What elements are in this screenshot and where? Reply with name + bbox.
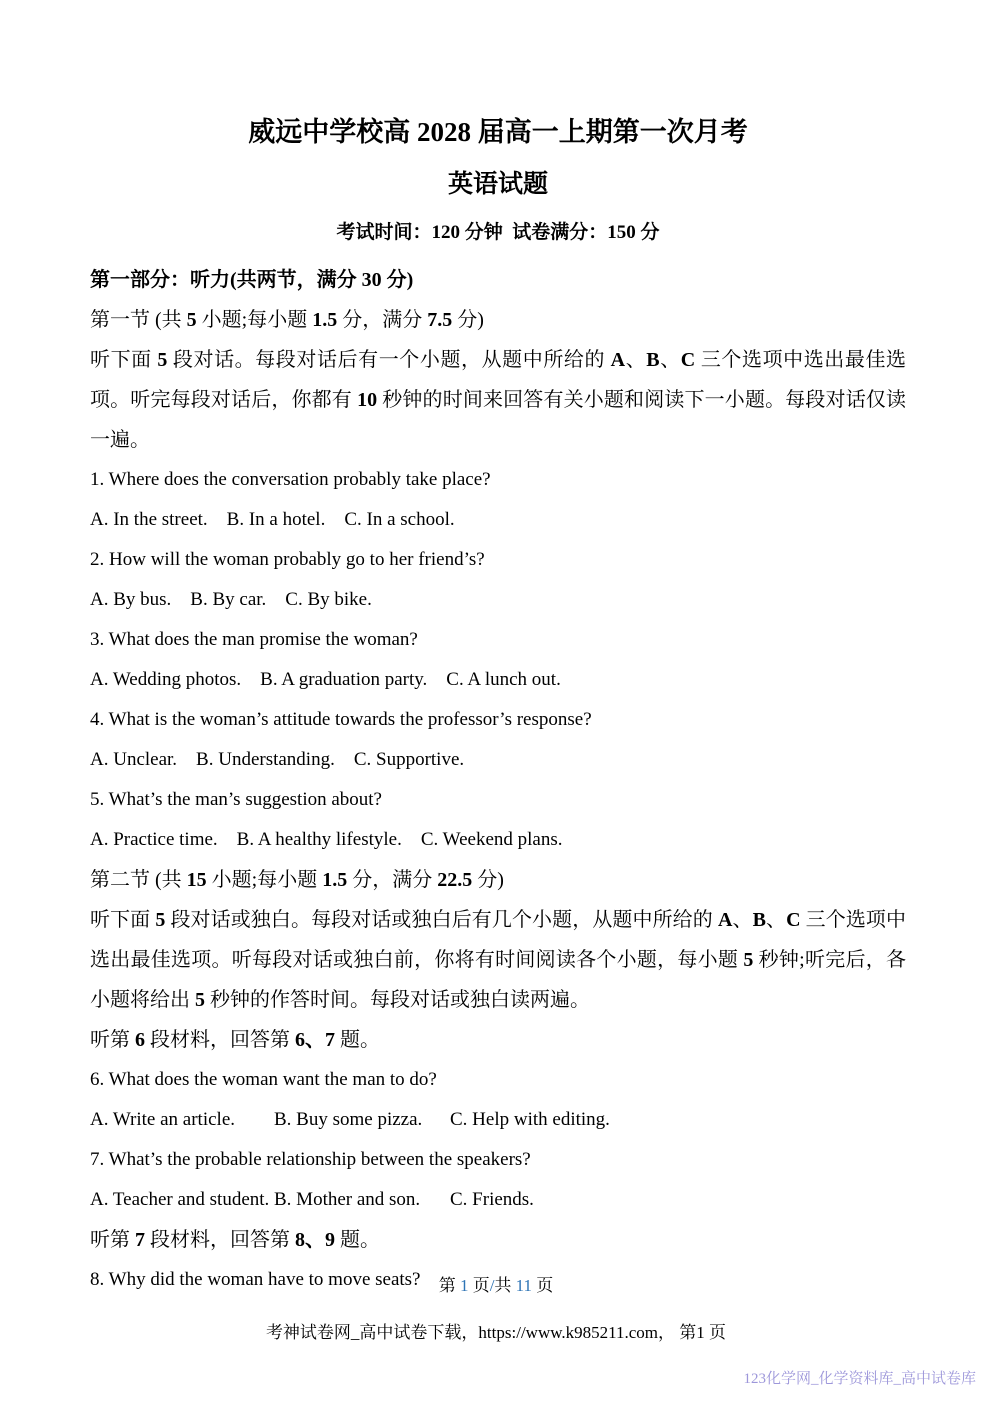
question-7-option-c: C. Friends. [450, 1180, 906, 1220]
question-6-option-b: B. Buy some pizza. [274, 1100, 450, 1140]
exam-title: 威远中学校高 2028 届高一上期第一次月考 [90, 110, 906, 154]
question-3-text: 3. What does the man promise the woman? [90, 620, 906, 660]
section1-instructions: 听下面 5 段对话。每段对话后有一个小题，从题中所给的 A、B、C 三个选项中选… [90, 340, 906, 460]
question-1-options: A. In the street. B. In a hotel. C. In a… [90, 500, 906, 540]
question-7-text: 7. What’s the probable relationship betw… [90, 1140, 906, 1180]
question-7-option-b: B. Mother and son. [274, 1180, 450, 1220]
question-6-options: A. Write an article. B. Buy some pizza. … [90, 1100, 906, 1140]
question-1-text: 1. Where does the conversation probably … [90, 460, 906, 500]
section2-instructions: 听下面 5 段对话或独白。每段对话或独白后有几个小题，从题中所给的 A、B、C … [90, 900, 906, 1020]
material-7-line: 听第 7 段材料，回答第 8、9 题。 [90, 1220, 906, 1260]
question-5-options: A. Practice time. B. A healthy lifestyle… [90, 820, 906, 860]
section2-heading: 第二节 (共 15 小题;每小题 1.5 分，满分 22.5 分) [90, 860, 906, 900]
page-indicator: 第 1 页/共 11 页 [0, 1272, 992, 1300]
exam-info: 考试时间：120 分钟 试卷满分：150 分 [90, 218, 906, 248]
question-4-options: A. Unclear. B. Understanding. C. Support… [90, 740, 906, 780]
footer-source-line: 考神试卷网_高中试卷下载，https://www.k985211.com， 第1… [0, 1320, 992, 1346]
section1-heading: 第一节 (共 5 小题;每小题 1.5 分，满分 7.5 分) [90, 300, 906, 340]
question-3-options: A. Wedding photos. B. A graduation party… [90, 660, 906, 700]
question-4-text: 4. What is the woman’s attitude towards … [90, 700, 906, 740]
exam-page: 威远中学校高 2028 届高一上期第一次月考 英语试题 考试时间：120 分钟 … [0, 0, 992, 1404]
question-6-option-a: A. Write an article. [90, 1100, 274, 1140]
material-6-line: 听第 6 段材料，回答第 6、7 题。 [90, 1020, 906, 1060]
watermark: 123化学网_化学资料库_高中试卷库 [743, 1368, 976, 1390]
question-6-text: 6. What does the woman want the man to d… [90, 1060, 906, 1100]
exam-content: 威远中学校高 2028 届高一上期第一次月考 英语试题 考试时间：120 分钟 … [90, 0, 906, 1300]
question-2-options: A. By bus. B. By car. C. By bike. [90, 580, 906, 620]
exam-subtitle: 英语试题 [90, 164, 906, 206]
question-2-text: 2. How will the woman probably go to her… [90, 540, 906, 580]
question-7-options: A. Teacher and student. B. Mother and so… [90, 1180, 906, 1220]
part1-heading: 第一部分：听力(共两节，满分 30 分) [90, 260, 906, 300]
question-7-option-a: A. Teacher and student. [90, 1180, 274, 1220]
question-5-text: 5. What’s the man’s suggestion about? [90, 780, 906, 820]
question-6-option-c: C. Help with editing. [450, 1100, 906, 1140]
